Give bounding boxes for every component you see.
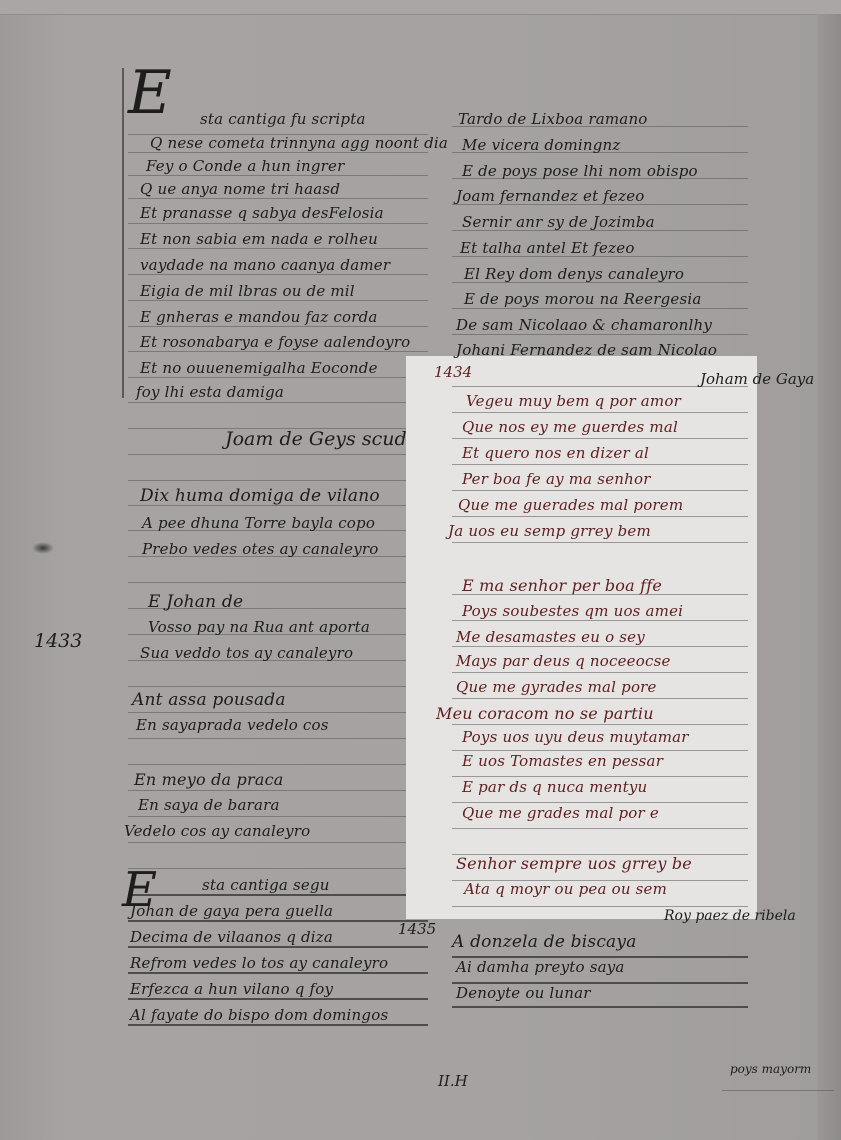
verse-line: Vedelo cos ay canaleyro (124, 822, 310, 840)
verse-line: Ai damha preyto saya (456, 958, 625, 976)
verse-line: En saya de barara (138, 796, 280, 814)
verse-line: En sayaprada vedelo cos (136, 716, 329, 734)
ink-smudge (32, 542, 54, 554)
verse-line: Johani Fernandez de sam Nicolao (456, 341, 717, 359)
verse-line: Vegeu muy bem q por amor (466, 392, 681, 410)
verse-line: Me vicera domingnz (462, 136, 621, 154)
initial-letter: E (128, 58, 172, 128)
verse-line: vaydade na mano caanya damer (140, 256, 390, 274)
verse-line: E de poys pose lhi nom obispo (462, 162, 698, 180)
verse-line: E Johan de (148, 592, 243, 612)
verse-line: Que me gyrades mal pore (456, 678, 657, 696)
author-attribution: Joham de Gaya (700, 370, 814, 388)
folio-number: II.H (438, 1072, 468, 1090)
catchword-rule (722, 1090, 834, 1091)
verse-line: A donzela de biscaya (452, 932, 637, 952)
verse-line: Fey o Conde a hun ingrer (146, 157, 344, 175)
poem-number: 1434 (434, 363, 472, 381)
verse-line: foy lhi esta damiga (136, 383, 284, 401)
verse-line: Eigia de mil lbras ou de mil (140, 282, 355, 300)
verse-line: Q nese cometa trinnyna agg noont dia (150, 134, 448, 152)
verse-line: De sam Nicolaao & chamaronlhy (456, 316, 712, 334)
verse-line: Prebo vedes otes ay canaleyro (142, 540, 379, 558)
verse-line: Sua veddo tos ay canaleyro (140, 644, 353, 662)
verse-line: E ma senhor per boa ffe (462, 576, 662, 595)
verse-line: Johan de gaya pera guella (130, 902, 333, 920)
verse-line: Poys uos uyu deus muytamar (462, 728, 689, 746)
verse-line: Et pranasse q sabya desFelosia (140, 204, 384, 222)
verse-line: Ja uos eu semp grrey bem (448, 522, 651, 540)
verse-line: E par ds q nuca mentyu (462, 778, 647, 796)
verse-line: Dix huma domiga de vilano (140, 486, 380, 506)
verse-line: E uos Tomastes en pessar (462, 752, 663, 770)
page-edge-right (817, 14, 841, 1140)
verse-line: Vosso pay na Rua ant aporta (148, 618, 370, 636)
verse-line: Que me guerades mal porem (458, 496, 683, 514)
catchword: poys mayorm (730, 1062, 811, 1076)
verse-line: Que nos ey me guerdes mal (462, 418, 678, 436)
verse-line: En meyo da praca (134, 770, 283, 789)
verse-line: Meu coracom no se partiu (436, 704, 654, 723)
verse-line: sta cantiga segu (202, 876, 330, 894)
verse-line: Senhor sempre uos grrey be (456, 854, 692, 873)
author-attribution: Roy paez de ribela (664, 908, 796, 924)
verse-line: Q ue anya nome tri haasd (140, 180, 340, 198)
verse-line: Erfezca a hun vilano q foy (130, 980, 333, 998)
verse-line: Al fayate do bispo dom domingos (130, 1006, 388, 1024)
verse-line: Mays par deus q noceeocse (456, 652, 671, 670)
verse-line: sta cantiga fu scripta (200, 110, 366, 128)
verse-line: Decima de vilaanos q diza (130, 928, 333, 946)
verse-line: Poys soubestes qm uos amei (462, 602, 683, 620)
verse-line: Ata q moyr ou pea ou sem (464, 880, 667, 898)
manuscript-page: E sta cantiga fu scripta Q nese cometa t… (0, 0, 841, 1140)
verse-line: E de poys morou na Reergesia (464, 290, 702, 308)
verse-line: Et rosonabarya e foyse aalendoyro (140, 333, 410, 351)
verse-line: Tardo de Lixboa ramano (458, 110, 648, 128)
verse-line: Sernir anr sy de Jozimba (462, 213, 655, 231)
verse-line: E gnheras e mandou faz corda (140, 308, 378, 326)
verse-line: Refrom vedes lo tos ay canaleyro (130, 954, 388, 972)
verse-line: Me desamastes eu o sey (456, 628, 645, 646)
verse-line: Et non sabia em nada e rolheu (140, 230, 378, 248)
verse-line: Ant assa pousada (132, 690, 286, 710)
page-edge-top (0, 0, 841, 15)
verse-line: Denoyte ou lunar (456, 984, 591, 1002)
margin-number-left: 1433 (34, 630, 82, 652)
verse-line: Per boa fe ay ma senhor (462, 470, 651, 488)
verse-line: A pee dhuna Torre bayla copo (142, 514, 375, 532)
verse-line: Joam fernandez et fezeo (456, 187, 645, 205)
poem-number: 1435 (398, 920, 436, 938)
verse-line: Et talha antel Et fezeo (460, 239, 635, 257)
verse-line: Que me grades mal por e (462, 804, 659, 822)
margin-bracket (122, 68, 124, 398)
verse-line: El Rey dom denys canaleyro (464, 265, 684, 283)
verse-line: Et quero nos en dizer al (462, 444, 649, 462)
verse-line: Et no ouuenemigalha Eoconde (140, 359, 378, 377)
